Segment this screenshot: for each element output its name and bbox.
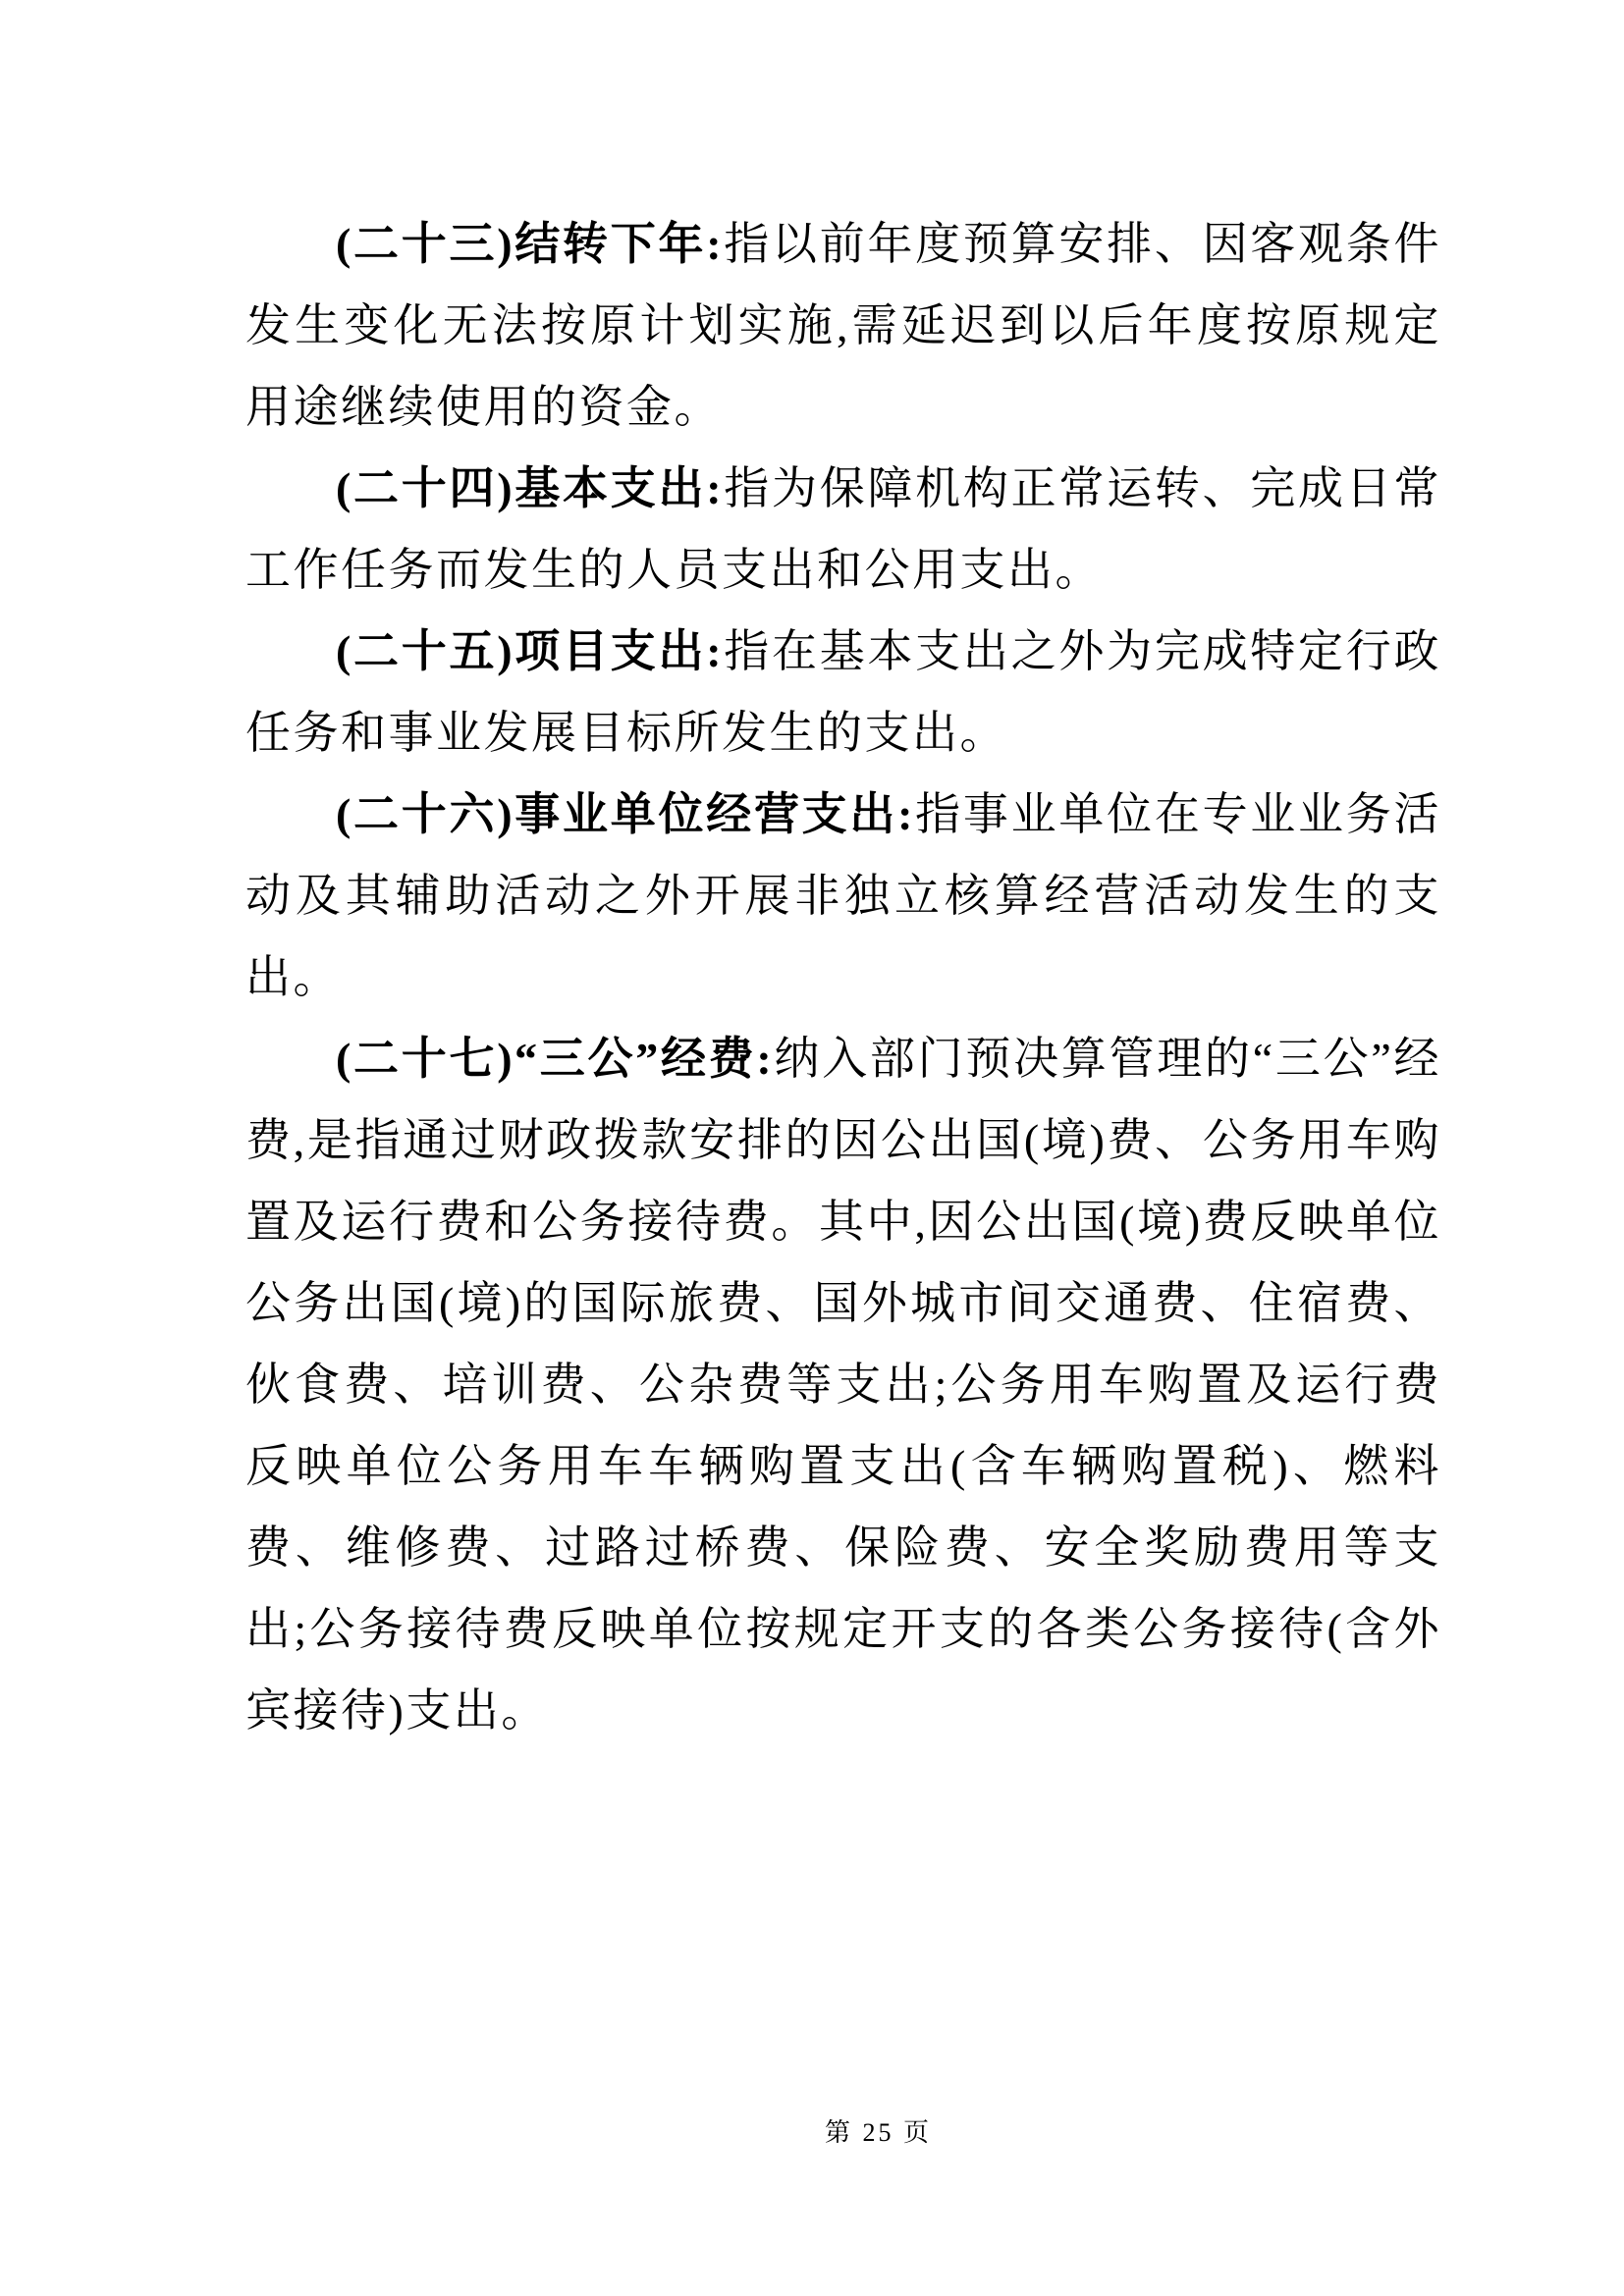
term-definition: 纳入部门预决算管理的“三公”经费,是指通过财政拨款安排的因公出国(境)费、公务用… [245, 1034, 1441, 1735]
term-heading: (二十四)基本支出: [336, 463, 724, 513]
paragraph: (二十七)“三公”经费:纳入部门预决算管理的“三公”经费,是指通过财政拨款安排的… [245, 1018, 1441, 1751]
document-body: (二十三)结转下年:指以前年度预算安排、因客观条件发生变化无法按原计划实施,需延… [245, 203, 1441, 1751]
page-number: 第 25 页 [825, 2112, 932, 2149]
term-heading: (二十五)项目支出: [336, 626, 724, 676]
paragraph: (二十四)基本支出:指为保障机构正常运转、完成日常工作任务而发生的人员支出和公用… [245, 448, 1441, 611]
term-heading: (二十七)“三公”经费: [336, 1034, 774, 1084]
paragraph: (二十三)结转下年:指以前年度预算安排、因客观条件发生变化无法按原计划实施,需延… [245, 203, 1441, 448]
document-page: (二十三)结转下年:指以前年度预算安排、因客观条件发生变化无法按原计划实施,需延… [0, 0, 1624, 2296]
term-heading: (二十六)事业单位经营支出: [336, 789, 915, 839]
paragraph: (二十五)项目支出:指在基本支出之外为完成特定行政任务和事业发展目标所发生的支出… [245, 611, 1441, 774]
paragraph: (二十六)事业单位经营支出:指事业单位在专业业务活动及其辅助活动之外开展非独立核… [245, 774, 1441, 1018]
term-heading: (二十三)结转下年: [336, 219, 724, 269]
